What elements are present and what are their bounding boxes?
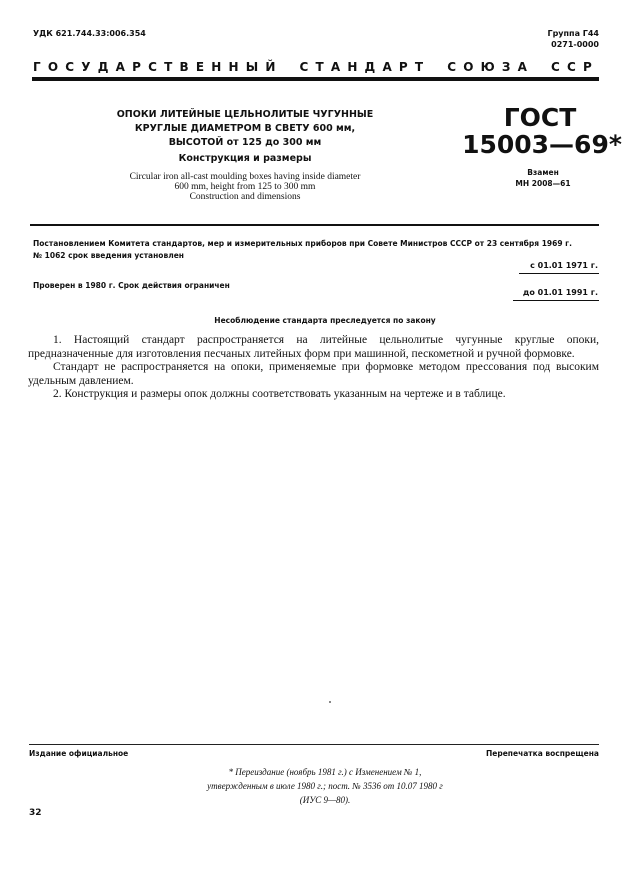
paragraph: 1. Настоящий стандарт распространяется н… [28,334,599,361]
classifier-code: 0271-0000 [547,39,599,50]
bottom-rule-divider [29,744,599,745]
banner-word: СОЮЗА [447,60,534,74]
title-line: ВЫСОТОЙ от 125 до 300 мм [110,136,380,150]
reprint-prohibited-label: Перепечатка воспрещена [486,749,599,758]
gost-number: 15003—69* [462,130,622,160]
date-underline [513,300,599,301]
law-notice: Несоблюдение стандарта преследуется по з… [20,316,630,325]
group-label: Группа Г44 [547,28,599,39]
paragraph: 2. Конструкция и размеры опок должны соо… [28,388,599,402]
decree-line: Постановлением Комитета стандартов, мер … [33,238,603,250]
banner-word: СТАНДАРТ [299,60,430,74]
expiry-date: до 01.01 1991 г. [523,288,598,297]
decree-line: № 1062 срок введения установлен [33,250,603,262]
scan-speck [329,701,331,703]
state-standard-banner: ГОСУДАРСТВЕННЫЙ СТАНДАРТ СОЮЗА ССР [33,60,599,74]
title-line: ОПОКИ ЛИТЕЙНЫЕ ЦЕЛЬНОЛИТЫЕ ЧУГУННЫЕ [110,108,380,122]
decree-text: Постановлением Комитета стандартов, мер … [33,238,603,262]
banner-word: ГОСУДАРСТВЕННЫЙ [33,60,283,74]
title-russian: ОПОКИ ЛИТЕЙНЫЕ ЦЕЛЬНОЛИТЫЕ ЧУГУННЫЕ КРУГ… [110,108,380,150]
subtitle-russian: Конструкция и размеры [110,153,380,164]
replaces-block: Взамен МН 2008—61 [463,167,623,189]
checked-note: Проверен в 1980 г. Срок действия огранич… [33,281,230,290]
footnote-line: (ИУС 9—80). [20,793,630,807]
title-en-line: Circular iron all-cast moulding boxes ha… [95,172,395,182]
reissue-footnote: * Переиздание (ноябрь 1981 г.) с Изменен… [20,765,630,807]
group-code: Группа Г44 0271-0000 [547,28,599,50]
page-number: 32 [29,808,42,818]
gost-label: ГОСТ [460,103,620,133]
udk-code: УДК 621.744.33:006.354 [33,29,146,38]
banner-word: ССР [551,60,599,74]
replaces-label: Взамен [463,167,623,178]
middle-rule-divider [30,224,599,226]
date-underline [519,273,599,274]
top-rule-divider [32,77,599,81]
footnote-line: утвержденным в июле 1980 г.; пост. № 353… [20,779,630,793]
body-text: 1. Настоящий стандарт распространяется н… [28,334,599,402]
paragraph: Стандарт не распространяется на опоки, п… [28,361,599,388]
title-english: Circular iron all-cast moulding boxes ha… [95,172,395,202]
title-en-line: 600 mm, height from 125 to 300 mm [95,182,395,192]
replaces-value: МН 2008—61 [463,178,623,189]
title-line: КРУГЛЫЕ ДИАМЕТРОМ В СВЕТУ 600 мм, [110,122,380,136]
official-edition-label: Издание официальное [29,749,128,758]
footnote-line: * Переиздание (ноябрь 1981 г.) с Изменен… [20,765,630,779]
effective-date: с 01.01 1971 г. [530,261,598,270]
title-en-line: Construction and dimensions [95,192,395,202]
